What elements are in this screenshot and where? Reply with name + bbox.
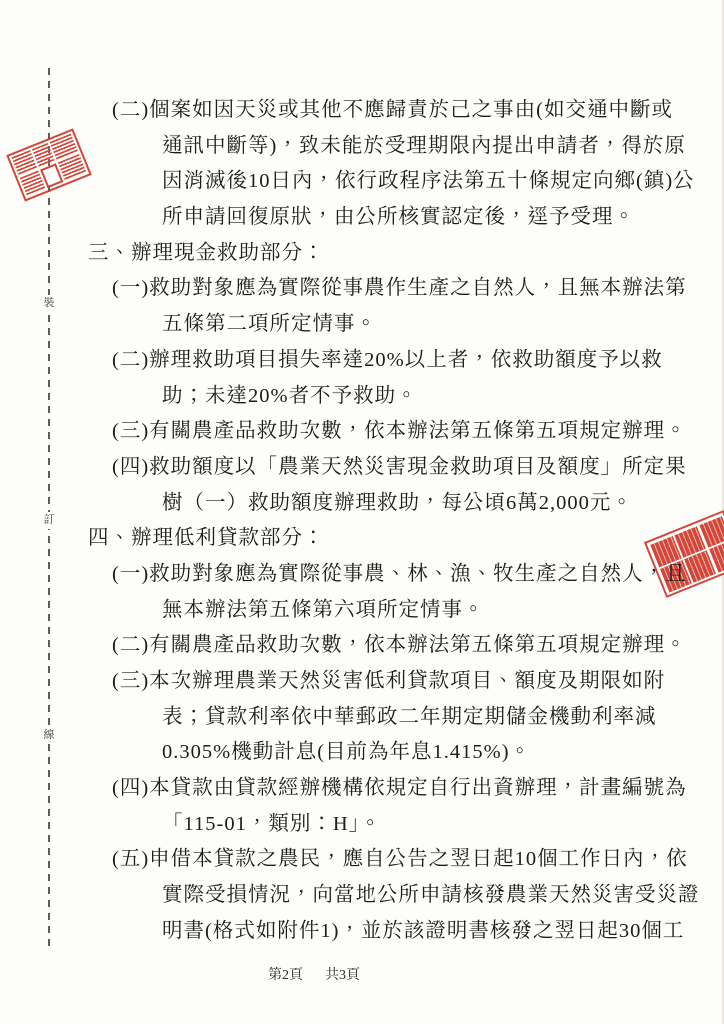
page-footer: 第2頁 共3頁 (0, 966, 724, 986)
page-number-label: 第2頁 (268, 966, 303, 986)
body-text-block: (二)個案如因天災或其他不應歸責於己之事由(如交通中斷或 通訊中斷等)，致未能於… (0, 93, 724, 950)
section-heading-line: 四、辦理低利貸款部分： (0, 521, 724, 557)
body-text-line: (二)有關農產品救助次數，依本辦法第五條第五項規定辦理。 (0, 628, 724, 664)
document-page: 裝 訂 線 (二)個案如因天災或其他不應歸責於己之事由(如交通中斷或 通訊中斷等… (0, 0, 724, 1024)
body-text-line: (二)個案如因天災或其他不應歸責於己之事由(如交通中斷或 (0, 93, 724, 129)
body-text-line: (二)辦理救助項目損失率達20%以上者，依救助額度予以救 (0, 343, 724, 379)
body-text-line: (四)救助額度以「農業天然災害現金救助項目及額度」所定果 (0, 450, 724, 486)
body-text-line: 表；貸款利率依中華郵政二年期定期儲金機動利率減 (0, 700, 724, 736)
body-text-line: 助；未達20%者不予救助。 (0, 379, 724, 415)
body-text-line: 無本辦法第五條第六項所定情事。 (0, 593, 724, 629)
body-text-line: 通訊中斷等)，致未能於受理期限內提出申請者，得於原 (0, 129, 724, 165)
body-text-line: (一)救助對象應為實際從事農、林、漁、牧生產之自然人，且 (0, 557, 724, 593)
body-text-line: (五)申借本貸款之農民，應自公告之翌日起10個工作日內，依 (0, 842, 724, 878)
body-text-line: 因消滅後10日內，依行政程序法第五十條規定向鄉(鎮)公 (0, 164, 724, 200)
section-heading-line: 三、辦理現金救助部分： (0, 236, 724, 272)
body-text-line: (四)本貸款由貸款經辦機構依規定自行出資辦理，計畫編號為 (0, 771, 724, 807)
body-text-line: 0.305%機動計息(目前為年息1.415%)。 (0, 735, 724, 771)
body-text-line: 五條第二項所定情事。 (0, 307, 724, 343)
body-text-line: (三)本次辦理農業天然災害低利貸款項目、額度及期限如附 (0, 664, 724, 700)
body-text-line: (三)有關農產品救助次數，依本辦法第五條第五項規定辦理。 (0, 414, 724, 450)
page-total-label: 共3頁 (325, 966, 360, 986)
body-text-line: 明書(格式如附件1)，並於該證明書核發之翌日起30個工 (0, 914, 724, 950)
body-text-line: 實際受損情況，向當地公所申請核發農業天然災害受災證 (0, 878, 724, 914)
body-text-line: 樹（一）救助額度辦理救助，每公頃6萬2,000元。 (0, 486, 724, 522)
body-text-line: (一)救助對象應為實際從事農作生產之自然人，且無本辦法第 (0, 271, 724, 307)
body-text-line: 所申請回復原狀，由公所核實認定後，逕予受理。 (0, 200, 724, 236)
body-text-line: 「115-01，類別：H」。 (0, 807, 724, 843)
